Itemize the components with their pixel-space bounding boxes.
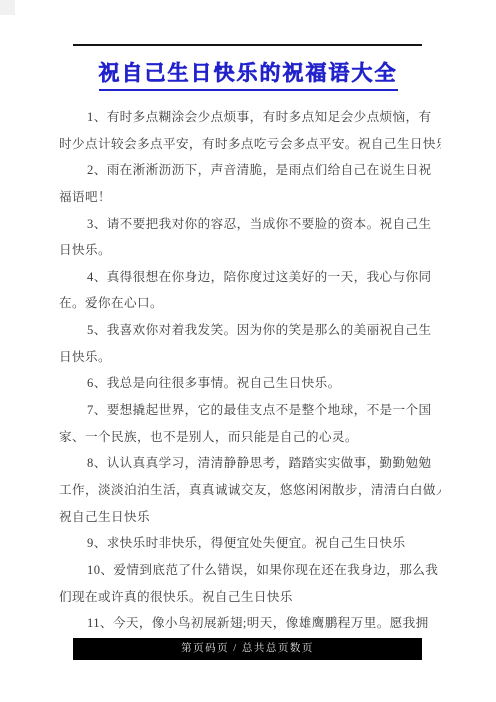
text-line: 日快乐。 xyxy=(59,344,441,371)
text-line: 福语吧！ xyxy=(59,184,441,211)
text-line: 11、今天，像小鸟初展新翅;明天，像雄鹰鹏程万里。愿我拥 xyxy=(59,610,441,637)
text-line: 祝自己生日快乐 xyxy=(59,504,441,531)
text-line: 10、爱情到底范了什么错误，如果你现在还在我身边，那么我 xyxy=(59,557,441,584)
footer-page-number-field: 第页码页 / 总共总页数页 xyxy=(73,638,422,660)
text-line: 8、认认真真学习，清清静静思考，踏踏实实做事，勤勤勉勉 xyxy=(59,450,441,477)
text-line: 工作，淡淡泊泊生活，真真诚诚交友，悠悠闲闲散步，清清白白做人。 xyxy=(59,477,441,504)
text-line: 9、求快乐时非快乐，得便宜处失便宜。祝自己生日快乐 xyxy=(59,530,441,557)
text-line: 在。爱你在心口。 xyxy=(59,290,441,317)
text-line: 7、要想撬起世界，它的最佳支点不是整个地球，不是一个国 xyxy=(59,397,441,424)
text-line: 5、我喜欢你对着我发笑。因为你的笑是那么的美丽祝自己生 xyxy=(59,317,441,344)
text-line: 4、真得很想在你身边，陪你度过这美好的一天，我心与你同 xyxy=(59,264,441,291)
text-line: 时少点计较会多点平安，有时多点吃亏会多点平安。祝自己生日快乐 xyxy=(59,131,441,158)
text-line: 1、有时多点糊涂会少点烦事，有时多点知足会少点烦恼，有 xyxy=(59,104,441,131)
document-page: 祝自己生日快乐的祝福语大全 1、有时多点糊涂会少点烦事，有时多点知足会少点烦恼，… xyxy=(0,0,496,702)
header-rule xyxy=(73,44,422,46)
text-line: 2、雨在淅淅沥沥下，声音清脆，是雨点们给自己在说生日祝 xyxy=(59,157,441,184)
text-line: 家、一个民族，也不是别人，而只能是自己的心灵。 xyxy=(59,424,441,451)
footer-page-number-text: 第页码页 / 总共总页数页 xyxy=(181,643,314,654)
corner-artifact xyxy=(0,0,15,15)
document-title: 祝自己生日快乐的祝福语大全 xyxy=(0,57,496,91)
text-line: 们现在或许真的很快乐。祝自己生日快乐 xyxy=(59,584,441,611)
text-line: 3、请不要把我对你的容忍，当成你不要脸的资本。祝自己生 xyxy=(59,211,441,238)
document-body: 1、有时多点糊涂会少点烦事，有时多点知足会少点烦恼，有 时少点计较会多点平安，有… xyxy=(59,104,441,638)
text-line: 日快乐。 xyxy=(59,237,441,264)
document-title-text: 祝自己生日快乐的祝福语大全 xyxy=(99,57,398,91)
text-line: 6、我总是向往很多事情。祝自己生日快乐。 xyxy=(59,370,441,397)
